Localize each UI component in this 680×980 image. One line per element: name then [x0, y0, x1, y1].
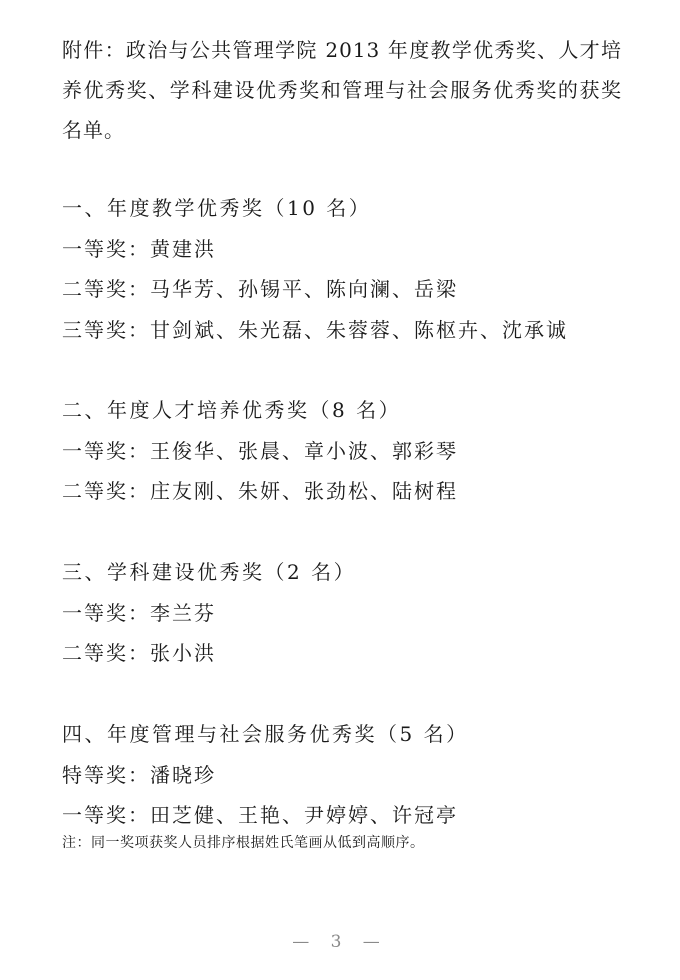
section-discipline-building-award: 三、学科建设优秀奖（2 名） 一等奖：李兰芬 二等奖：张小洪 — [62, 552, 642, 674]
award-line-first-prize: 一等奖：李兰芬 — [62, 593, 642, 634]
section-management-service-award: 四、年度管理与社会服务优秀奖（5 名） 特等奖：潘晓珍 一等奖：田芝健、王艳、尹… — [62, 714, 642, 836]
section-title: 二、年度人才培养优秀奖（8 名） — [62, 390, 642, 431]
award-line-second-prize: 二等奖：马华芳、孙锡平、陈向澜、岳梁 — [62, 269, 642, 310]
document-page: 附件：政治与公共管理学院 2013 年度教学优秀奖、人才培养优秀奖、学科建设优秀… — [0, 0, 680, 980]
attachment-intro: 附件：政治与公共管理学院 2013 年度教学优秀奖、人才培养优秀奖、学科建设优秀… — [62, 30, 622, 150]
award-line-second-prize: 二等奖：庄友刚、朱妍、张劲松、陆树程 — [62, 471, 642, 512]
section-title: 三、学科建设优秀奖（2 名） — [62, 552, 642, 593]
section-title: 一、年度教学优秀奖（10 名） — [62, 188, 642, 229]
section-title: 四、年度管理与社会服务优秀奖（5 名） — [62, 714, 642, 755]
award-line-second-prize: 二等奖：张小洪 — [62, 633, 642, 674]
section-teaching-award: 一、年度教学优秀奖（10 名） 一等奖：黄建洪 二等奖：马华芳、孙锡平、陈向澜、… — [62, 188, 642, 350]
page-number: — 3 — — [0, 932, 680, 952]
award-line-third-prize: 三等奖：甘剑斌、朱光磊、朱蓉蓉、陈枢卉、沈承诚 — [62, 310, 642, 351]
award-line-first-prize: 一等奖：田芝健、王艳、尹婷婷、许冠亭 — [62, 795, 642, 836]
award-line-special-prize: 特等奖：潘晓珍 — [62, 755, 642, 796]
award-line-first-prize: 一等奖：王俊华、张晨、章小波、郭彩琴 — [62, 431, 642, 472]
section-talent-training-award: 二、年度人才培养优秀奖（8 名） 一等奖：王俊华、张晨、章小波、郭彩琴 二等奖：… — [62, 390, 642, 512]
ordering-note: 注：同一奖项获奖人员排序根据姓氏笔画从低到高顺序。 — [62, 832, 425, 854]
award-line-first-prize: 一等奖：黄建洪 — [62, 229, 642, 270]
